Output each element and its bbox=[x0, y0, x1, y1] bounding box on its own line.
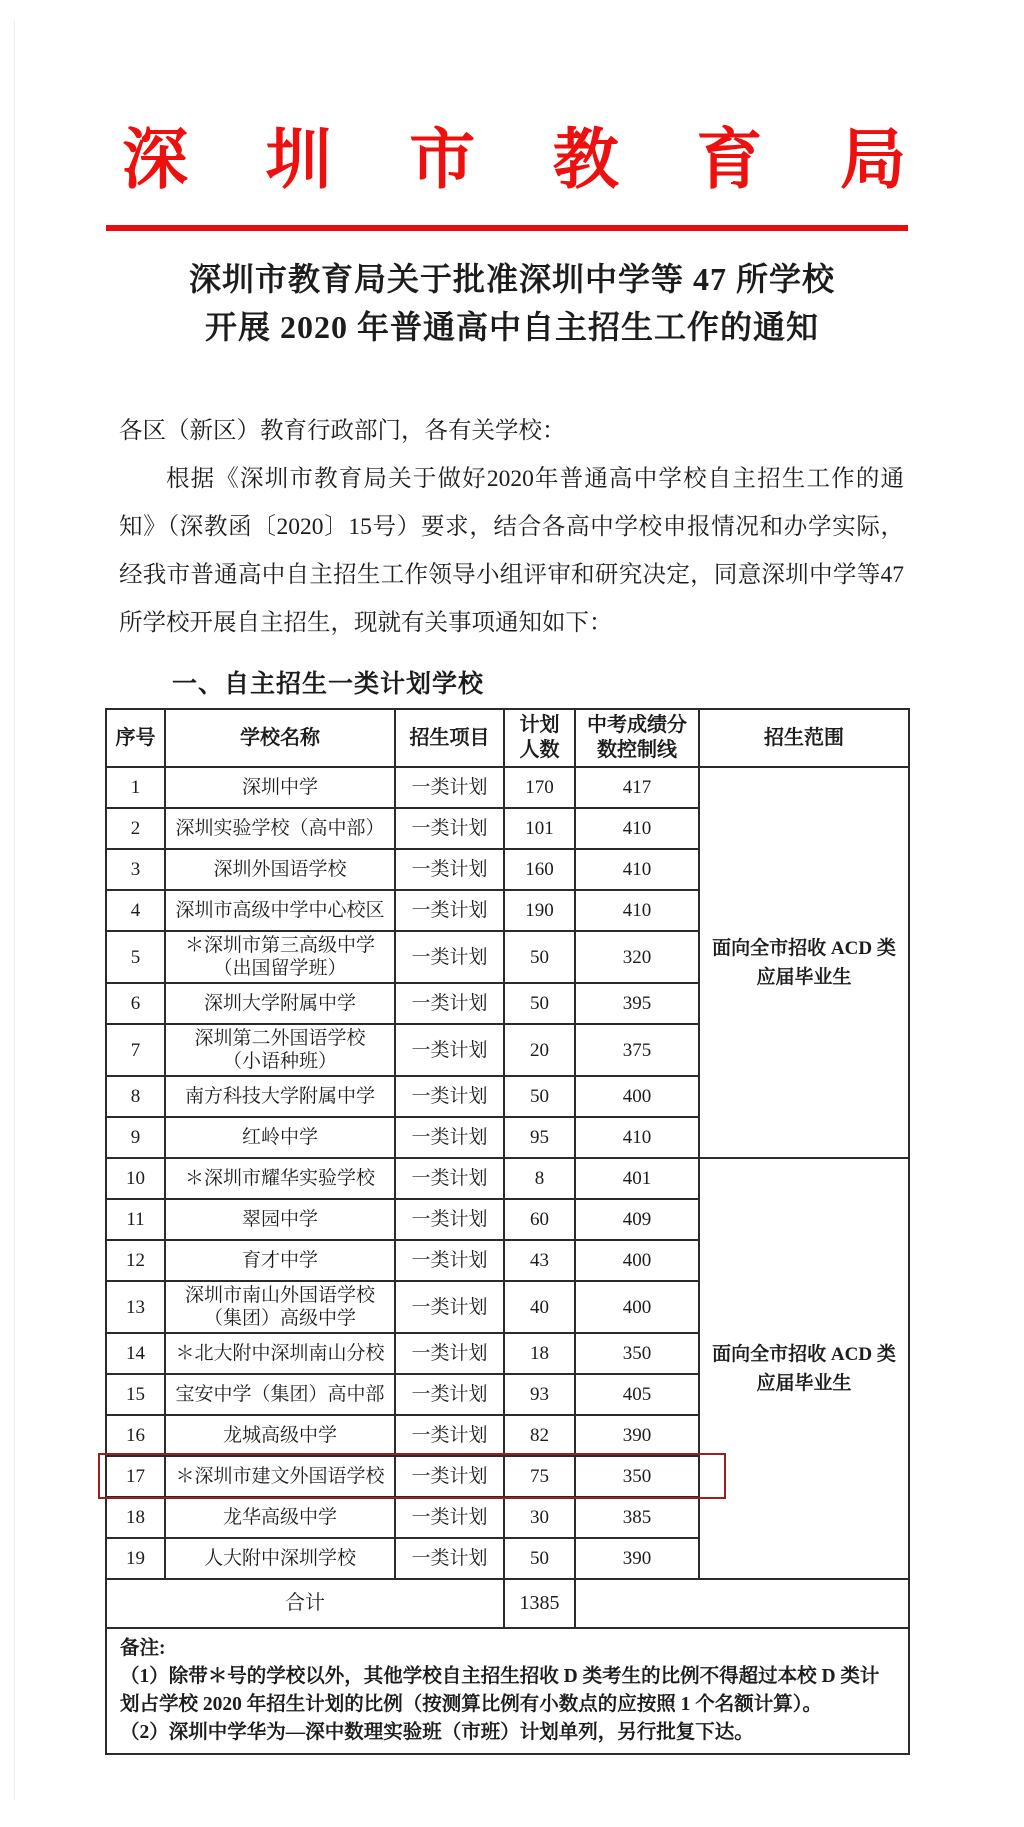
admission-range-cell: 面向全市招收 ACD 类应届毕业生 bbox=[699, 767, 909, 1158]
table-cell-plan: 8 bbox=[504, 1158, 575, 1199]
total-value-cell: 1385 bbox=[504, 1579, 575, 1628]
table-cell-school: 人大附中深圳学校 bbox=[165, 1538, 395, 1579]
table-cell-no: 11 bbox=[106, 1199, 165, 1240]
table-cell-program: 一类计划 bbox=[395, 1076, 504, 1117]
table-cell-school: 南方科技大学附属中学 bbox=[165, 1076, 395, 1117]
masthead-char: 教 bbox=[553, 123, 619, 199]
table-cell-no: 12 bbox=[106, 1240, 165, 1281]
admission-plan-table: 序号 学校名称 招生项目 计划 人数 中考成绩分数控制线 招生范围 1深圳中学一… bbox=[105, 708, 910, 1755]
document-page: 深 圳 市 教 育 局 深圳市教育局关于批准深圳中学等 47 所学校 开展 20… bbox=[0, 0, 1024, 1827]
table-cell-score: 395 bbox=[575, 983, 699, 1024]
table-cell-no: 4 bbox=[106, 890, 165, 931]
doc-title-line1: 深圳市教育局关于批准深圳中学等 47 所学校 bbox=[0, 255, 1024, 303]
table-cell-school: 深圳外国语学校 bbox=[165, 849, 395, 890]
table-cell-no: 2 bbox=[106, 808, 165, 849]
scan-edge-artifact bbox=[14, 20, 15, 1800]
table-cell-no: 8 bbox=[106, 1076, 165, 1117]
table-cell-plan: 75 bbox=[504, 1456, 575, 1497]
table-cell-plan: 50 bbox=[504, 983, 575, 1024]
body-text: 各区（新区）教育行政部门，各有关学校： 根据《深圳市教育局关于做好2020年普通… bbox=[119, 407, 904, 647]
doc-title: 深圳市教育局关于批准深圳中学等 47 所学校 开展 2020 年普通高中自主招生… bbox=[0, 255, 1024, 351]
table-cell-plan: 170 bbox=[504, 767, 575, 808]
table-cell-school: ＊北大附中深圳南山分校 bbox=[165, 1333, 395, 1374]
masthead-char: 圳 bbox=[266, 123, 332, 199]
table-cell-plan: 101 bbox=[504, 808, 575, 849]
table-cell-school: 宝安中学（集团）高中部 bbox=[165, 1374, 395, 1415]
section-heading: 一、自主招生一类计划学校 bbox=[172, 664, 1024, 700]
table-cell-plan: 160 bbox=[504, 849, 575, 890]
doc-title-line2: 开展 2020 年普通高中自主招生工作的通知 bbox=[0, 303, 1024, 351]
masthead-char: 育 bbox=[696, 123, 762, 199]
table-cell-program: 一类计划 bbox=[395, 1538, 504, 1579]
table-cell-plan: 30 bbox=[504, 1497, 575, 1538]
table-cell-score: 390 bbox=[575, 1415, 699, 1456]
table-cell-school: 深圳市高级中学中心校区 bbox=[165, 890, 395, 931]
table-row: 1深圳中学一类计划170417面向全市招收 ACD 类应届毕业生 bbox=[106, 767, 909, 808]
notes-label: 备注: bbox=[120, 1635, 895, 1663]
header-cell-plan: 计划 人数 bbox=[504, 709, 575, 767]
masthead-char: 深 bbox=[122, 123, 188, 199]
table-cell-score: 410 bbox=[575, 890, 699, 931]
table-cell-school: 龙华高级中学 bbox=[165, 1497, 395, 1538]
table-cell-school: ＊深圳市建文外国语学校 bbox=[165, 1456, 395, 1497]
table-cell-program: 一类计划 bbox=[395, 1456, 504, 1497]
table-cell-score: 410 bbox=[575, 849, 699, 890]
table-cell-plan: 43 bbox=[504, 1240, 575, 1281]
table-cell-plan: 190 bbox=[504, 890, 575, 931]
table-cell-score: 410 bbox=[575, 808, 699, 849]
table-cell-score: 320 bbox=[575, 931, 699, 983]
table-cell-plan: 50 bbox=[504, 1076, 575, 1117]
table-cell-school: 深圳实验学校（高中部） bbox=[165, 808, 395, 849]
body-paragraph: 根据《深圳市教育局关于做好2020年普通高中学校自主招生工作的通知》（深教函〔2… bbox=[119, 455, 904, 647]
table-cell-program: 一类计划 bbox=[395, 767, 504, 808]
table-cell-score: 405 bbox=[575, 1374, 699, 1415]
table-cell-no: 19 bbox=[106, 1538, 165, 1579]
table-cell-school: ＊深圳市耀华实验学校 bbox=[165, 1158, 395, 1199]
table-cell-plan: 95 bbox=[504, 1117, 575, 1158]
table-cell-score: 350 bbox=[575, 1333, 699, 1374]
table-cell-school: 红岭中学 bbox=[165, 1117, 395, 1158]
table-cell-no: 6 bbox=[106, 983, 165, 1024]
masthead-underline bbox=[106, 225, 908, 231]
notes-row: 备注: （1）除带＊号的学校以外，其他学校自主招生招收 D 类考生的比例不得超过… bbox=[106, 1628, 909, 1754]
table-cell-school: 深圳市南山外国语学校 （集团）高级中学 bbox=[165, 1281, 395, 1333]
table-cell-plan: 40 bbox=[504, 1281, 575, 1333]
total-label-cell: 合计 bbox=[106, 1579, 504, 1628]
header-cell-program: 招生项目 bbox=[395, 709, 504, 767]
table-cell-score: 401 bbox=[575, 1158, 699, 1199]
table-row: 10＊深圳市耀华实验学校一类计划8401面向全市招收 ACD 类应届毕业生 bbox=[106, 1158, 909, 1199]
table-cell-program: 一类计划 bbox=[395, 983, 504, 1024]
table-cell-no: 14 bbox=[106, 1333, 165, 1374]
table-cell-program: 一类计划 bbox=[395, 1333, 504, 1374]
notes-item-2: （2）深圳中学华为—深中数理实验班（市班）计划单列，另行批复下达。 bbox=[120, 1719, 895, 1747]
table-cell-no: 1 bbox=[106, 767, 165, 808]
table-cell-program: 一类计划 bbox=[395, 1497, 504, 1538]
table-cell-no: 9 bbox=[106, 1117, 165, 1158]
table-cell-program: 一类计划 bbox=[395, 1024, 504, 1076]
table-cell-no: 18 bbox=[106, 1497, 165, 1538]
table-cell-no: 7 bbox=[106, 1024, 165, 1076]
table-cell-school: ＊深圳市第三高级中学 （出国留学班） bbox=[165, 931, 395, 983]
table-cell-score: 375 bbox=[575, 1024, 699, 1076]
table-cell-program: 一类计划 bbox=[395, 1415, 504, 1456]
table-cell-no: 3 bbox=[106, 849, 165, 890]
table-cell-no: 17 bbox=[106, 1456, 165, 1497]
total-empty-cell bbox=[575, 1579, 909, 1628]
table-cell-program: 一类计划 bbox=[395, 890, 504, 931]
table-cell-plan: 20 bbox=[504, 1024, 575, 1076]
table-cell-plan: 50 bbox=[504, 931, 575, 983]
table-cell-program: 一类计划 bbox=[395, 849, 504, 890]
table-cell-school: 深圳大学附属中学 bbox=[165, 983, 395, 1024]
table-cell-score: 350 bbox=[575, 1456, 699, 1497]
table-cell-program: 一类计划 bbox=[395, 1158, 504, 1199]
table-cell-plan: 18 bbox=[504, 1333, 575, 1374]
table-cell-score: 400 bbox=[575, 1240, 699, 1281]
table-cell-score: 417 bbox=[575, 767, 699, 808]
table-cell-plan: 50 bbox=[504, 1538, 575, 1579]
table-cell-school: 深圳中学 bbox=[165, 767, 395, 808]
header-cell-range: 招生范围 bbox=[699, 709, 909, 767]
notes-cell: 备注: （1）除带＊号的学校以外，其他学校自主招生招收 D 类考生的比例不得超过… bbox=[106, 1628, 909, 1754]
table-cell-no: 5 bbox=[106, 931, 165, 983]
total-row: 合计 1385 bbox=[106, 1579, 909, 1628]
table-cell-plan: 82 bbox=[504, 1415, 575, 1456]
table-cell-score: 390 bbox=[575, 1538, 699, 1579]
table-cell-score: 410 bbox=[575, 1117, 699, 1158]
table-cell-program: 一类计划 bbox=[395, 1281, 504, 1333]
table-cell-plan: 93 bbox=[504, 1374, 575, 1415]
agency-masthead: 深 圳 市 教 育 局 bbox=[122, 123, 906, 199]
table-cell-score: 385 bbox=[575, 1497, 699, 1538]
table-cell-no: 15 bbox=[106, 1374, 165, 1415]
table-cell-program: 一类计划 bbox=[395, 1117, 504, 1158]
header-cell-score: 中考成绩分数控制线 bbox=[575, 709, 699, 767]
table-cell-no: 16 bbox=[106, 1415, 165, 1456]
table-cell-program: 一类计划 bbox=[395, 1240, 504, 1281]
table-cell-score: 400 bbox=[575, 1281, 699, 1333]
table-cell-score: 409 bbox=[575, 1199, 699, 1240]
table-cell-no: 13 bbox=[106, 1281, 165, 1333]
salutation: 各区（新区）教育行政部门，各有关学校： bbox=[119, 407, 904, 455]
table-cell-plan: 60 bbox=[504, 1199, 575, 1240]
table-header-row: 序号 学校名称 招生项目 计划 人数 中考成绩分数控制线 招生范围 bbox=[106, 709, 909, 767]
table-cell-school: 深圳第二外国语学校 （小语种班） bbox=[165, 1024, 395, 1076]
table-cell-program: 一类计划 bbox=[395, 1374, 504, 1415]
table-cell-program: 一类计划 bbox=[395, 808, 504, 849]
table-cell-no: 10 bbox=[106, 1158, 165, 1199]
admission-range-cell: 面向全市招收 ACD 类应届毕业生 bbox=[699, 1158, 909, 1579]
table-cell-program: 一类计划 bbox=[395, 1199, 504, 1240]
notes-item-1: （1）除带＊号的学校以外，其他学校自主招生招收 D 类考生的比例不得超过本校 D… bbox=[120, 1663, 895, 1719]
header-cell-school: 学校名称 bbox=[165, 709, 395, 767]
table-cell-school: 龙城高级中学 bbox=[165, 1415, 395, 1456]
header-cell-no: 序号 bbox=[106, 709, 165, 767]
table-cell-program: 一类计划 bbox=[395, 931, 504, 983]
table-cell-score: 400 bbox=[575, 1076, 699, 1117]
table-cell-school: 翠园中学 bbox=[165, 1199, 395, 1240]
masthead-char: 市 bbox=[409, 123, 475, 199]
table-cell-school: 育才中学 bbox=[165, 1240, 395, 1281]
masthead-char: 局 bbox=[840, 123, 906, 199]
